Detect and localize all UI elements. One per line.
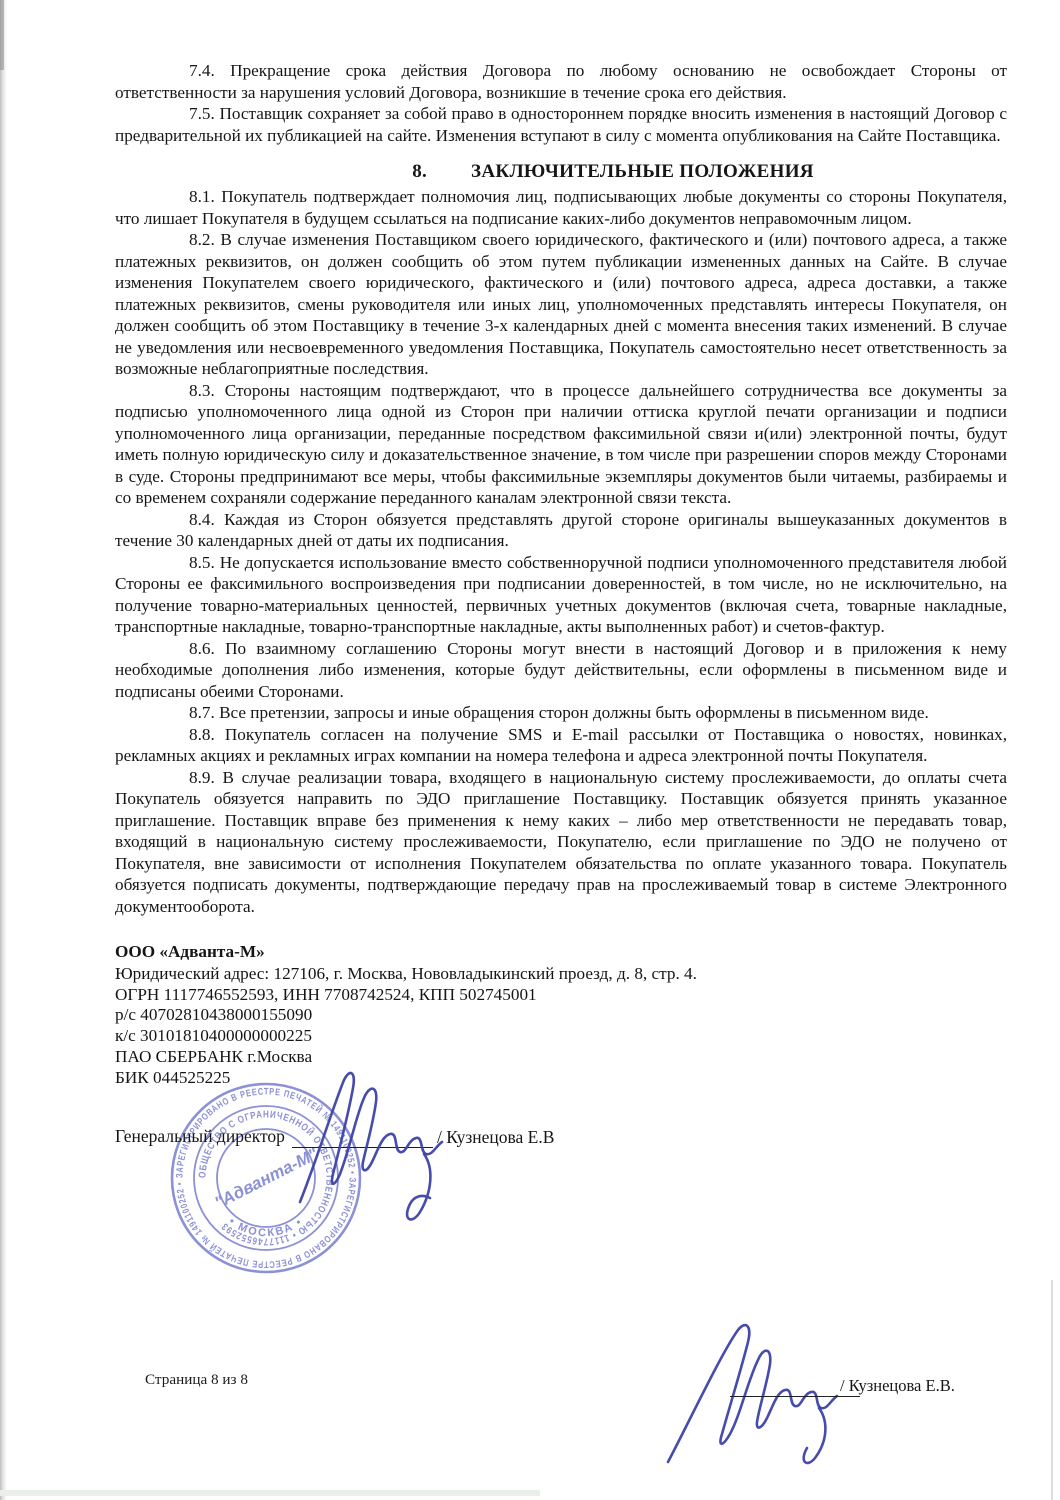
scan-edge-left — [0, 0, 7, 1500]
scan-edge-shadow — [0, 0, 4, 70]
footer-signature-line — [730, 1396, 860, 1397]
paragraph-8-8: 8.8. Покупатель согласен на получение SM… — [115, 724, 1007, 767]
scanned-contract-page: { "document": { "intro_paragraphs": [ {"… — [0, 0, 1060, 1500]
footer-signature-name: / Кузнецова Е.В. — [840, 1376, 955, 1396]
paragraph-7-4: 7.4. Прекращение срока действия Договора… — [115, 60, 1007, 103]
paragraph-8-2: 8.2. В случае изменения Поставщиком свое… — [115, 229, 1007, 380]
section-heading: 8.ЗАКЛЮЧИТЕЛЬНЫЕ ПОЛОЖЕНИЯ — [167, 160, 1059, 184]
paragraph-8-9: 8.9. В случае реализации товара, входяще… — [115, 767, 1007, 918]
scan-edge-bottom — [0, 1490, 540, 1496]
section-number: 8. — [412, 160, 427, 184]
page-number-label: Страница 8 из 8 — [145, 1371, 248, 1389]
paragraph-7-5: 7.5. Поставщик сохраняет за собой право … — [115, 103, 1007, 146]
company-corr-account: к/с 30101810400000000225 — [115, 1026, 697, 1047]
section-title: ЗАКЛЮЧИТЕЛЬНЫЕ ПОЛОЖЕНИЯ — [471, 161, 814, 182]
company-settlement-account: р/с 40702810438000155090 — [115, 1005, 697, 1026]
director-signature-name: / Кузнецова Е.В — [437, 1127, 554, 1148]
paragraph-8-1: 8.1. Покупатель подтверждает полномочия … — [115, 186, 1007, 229]
scan-edge-right — [1051, 1280, 1053, 1500]
footer-signature-ink — [662, 1318, 867, 1468]
paragraph-8-3: 8.3. Стороны настоящим подтверждают, что… — [115, 380, 1007, 509]
director-role-label: Генеральный директор — [115, 1126, 285, 1147]
paragraph-8-7: 8.7. Все претензии, запросы и иные обращ… — [115, 702, 1007, 724]
company-legal-address: Юридический адрес: 127106, г. Москва, Но… — [115, 964, 697, 985]
paragraph-8-4: 8.4. Каждая из Сторон обязуется представ… — [115, 509, 1007, 552]
contract-body: 7.4. Прекращение срока действия Договора… — [115, 60, 1007, 917]
director-signature-ink — [290, 1062, 460, 1247]
company-name: ООО «Адванта-М» — [115, 942, 697, 963]
paragraph-8-5: 8.5. Не допускается использование вместо… — [115, 552, 1007, 638]
company-ogrn-inn-kpp: ОГРН 1117746552593, ИНН 7708742524, КПП … — [115, 985, 697, 1006]
paragraph-8-6: 8.6. По взаимному соглашению Стороны мог… — [115, 638, 1007, 703]
